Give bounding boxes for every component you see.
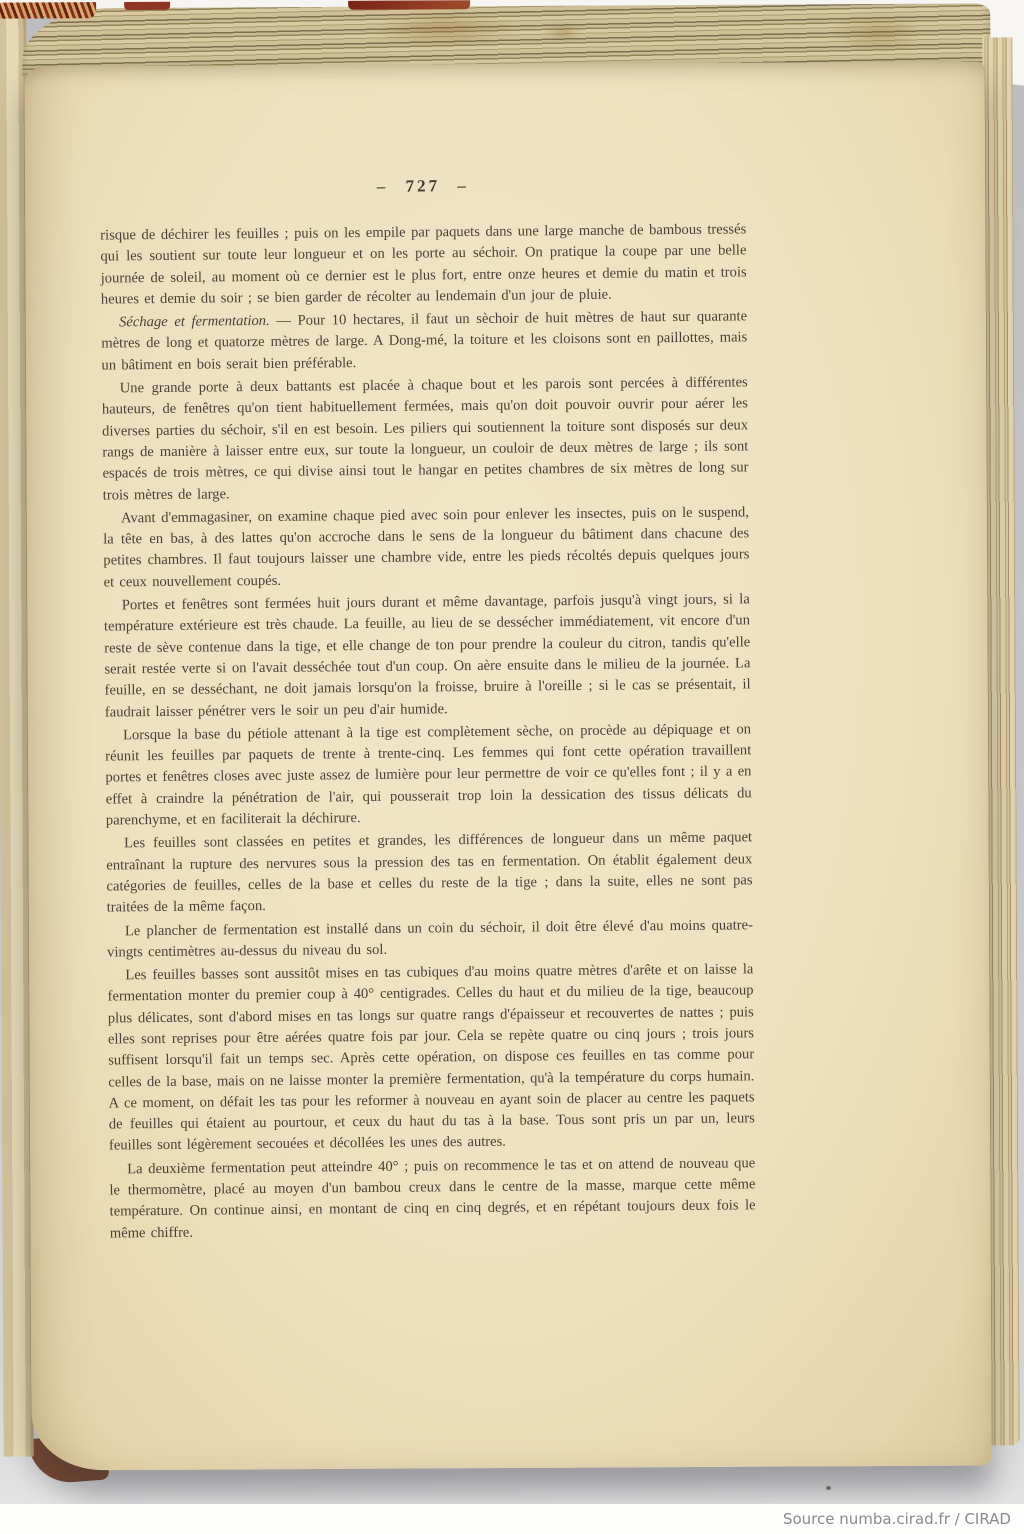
binding-cloth	[124, 2, 170, 10]
paragraph-10: La deuxième fermentation peut atteindre …	[109, 1153, 756, 1244]
page: – 727 – risque de déchirer les feuilles …	[24, 62, 991, 1471]
paragraph-7: Les feuilles sont classées en petites et…	[106, 828, 753, 919]
headband-weave	[0, 2, 96, 19]
source-footer: Source numba.cirad.fr / CIRAD	[0, 1504, 1024, 1534]
source-label: Source numba.cirad.fr / CIRAD	[783, 1510, 1024, 1528]
paragraph-2-italic-lead: Séchage et fermentation.	[119, 313, 270, 330]
paragraph-2: Séchage et fermentation. — Pour 10 hecta…	[101, 307, 748, 377]
binding-cloth	[348, 0, 470, 10]
paragraph-4: Avant d'emmagasiner, on examine chaque p…	[103, 502, 750, 593]
paragraph-3: Une grande porte à deux battants est pla…	[102, 372, 749, 506]
scan-photo: – 727 – risque de déchirer les feuilles …	[0, 0, 1024, 1504]
paragraph-9: Les feuilles basses sont aussitôt mises …	[107, 959, 755, 1157]
book: – 727 – risque de déchirer les feuilles …	[0, 3, 1022, 1480]
page-number: – 727 –	[100, 173, 746, 199]
paragraph-6: Lorsque la base du pétiole attenant à la…	[105, 719, 752, 832]
paragraph-8: Le plancher de fermentation est installé…	[107, 915, 753, 964]
paragraph-1: risque de déchirer les feuilles ; puis o…	[100, 219, 747, 310]
paragraph-5: Portes et fenêtres sont fermées huit jou…	[104, 589, 751, 723]
paper-stain	[544, 22, 582, 42]
text-block: – 727 – risque de déchirer les feuilles …	[100, 173, 756, 1246]
dust-speck	[826, 1486, 831, 1490]
